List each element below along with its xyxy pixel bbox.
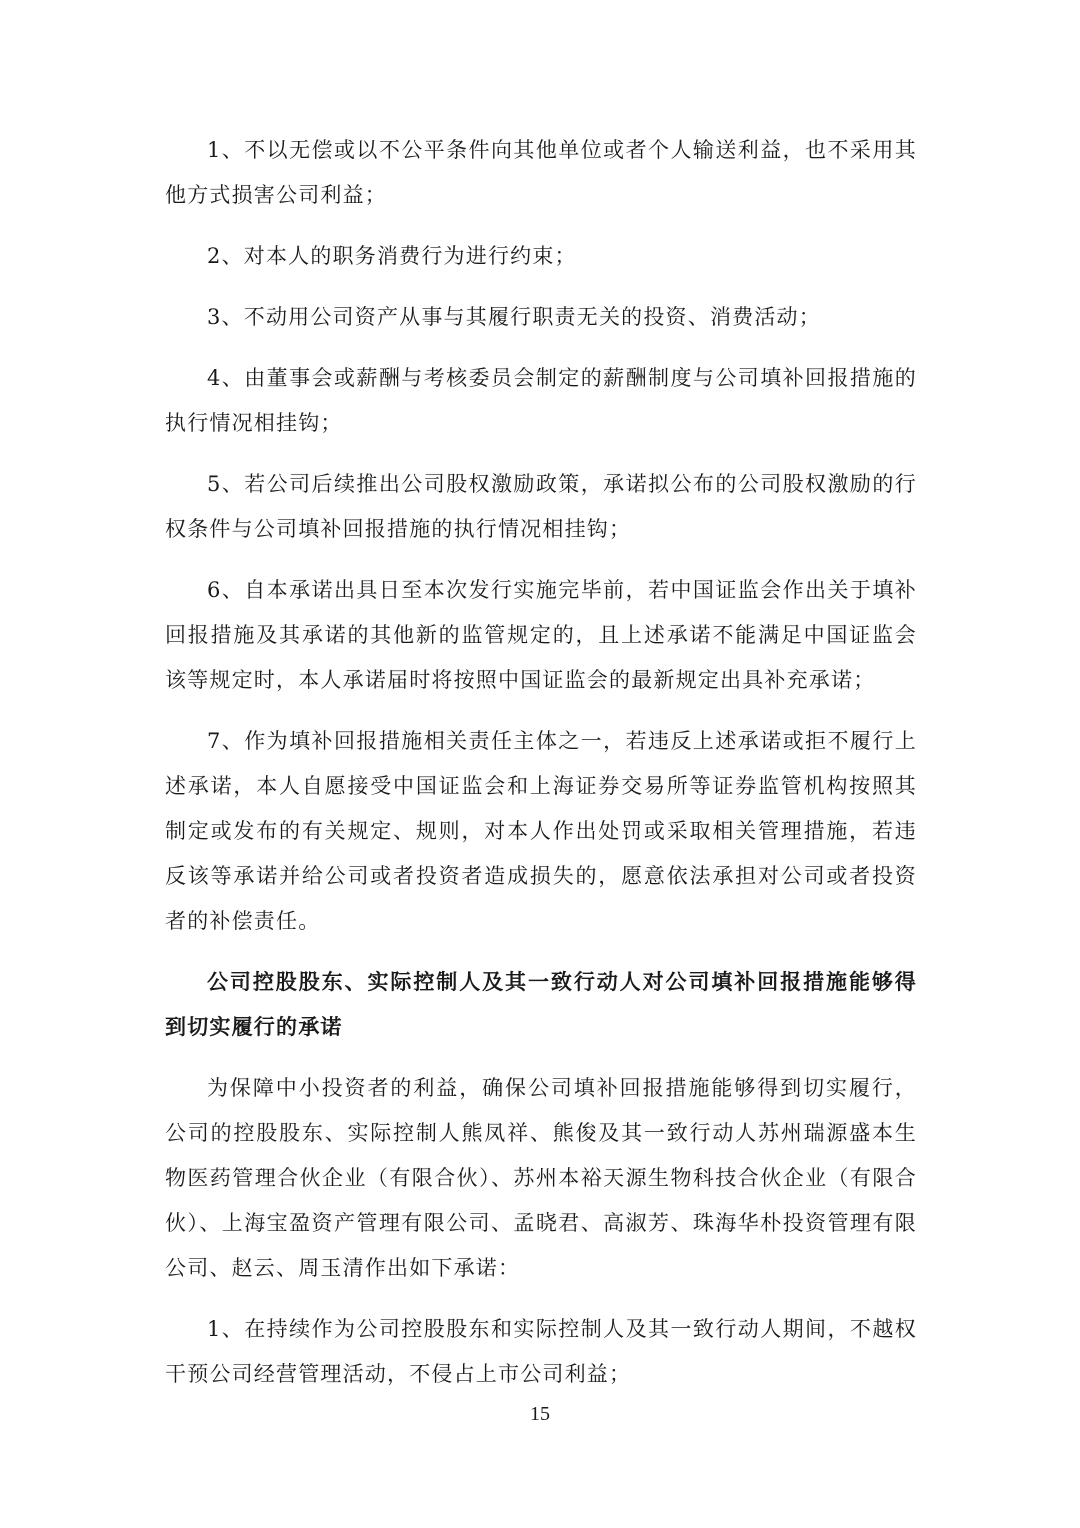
commitment-item-7: 7、作为填补回报措施相关责任主体之一，若违反上述承诺或拒不履行上述承诺，本人自愿… [165,719,917,944]
commitment-item-2: 2、对本人的职务消费行为进行约束； [165,234,917,279]
commitment-item-5: 5、若公司后续推出公司股权激励政策，承诺拟公布的公司股权激励的行权条件与公司填补… [165,462,917,552]
commitment-item-4: 4、由董事会或薪酬与考核委员会制定的薪酬制度与公司填补回报措施的执行情况相挂钩； [165,356,917,446]
section-intro: 为保障中小投资者的利益，确保公司填补回报措施能够得到切实履行，公司的控股股东、实… [165,1066,917,1291]
commitment-item-3: 3、不动用公司资产从事与其履行职责无关的投资、消费活动； [165,295,917,340]
document-page: 1、不以无偿或以不公平条件向其他单位或者个人输送利益，也不采用其他方式损害公司利… [165,128,917,1413]
page-number: 15 [0,1403,1080,1426]
shareholder-commitment-item-1: 1、在持续作为公司控股股东和实际控制人及其一致行动人期间，不越权干预公司经营管理… [165,1307,917,1397]
commitment-item-1: 1、不以无偿或以不公平条件向其他单位或者个人输送利益，也不采用其他方式损害公司利… [165,128,917,218]
section-heading: 公司控股股东、实际控制人及其一致行动人对公司填补回报措施能够得到切实履行的承诺 [165,960,917,1050]
commitment-item-6: 6、自本承诺出具日至本次发行实施完毕前，若中国证监会作出关于填补回报措施及其承诺… [165,568,917,703]
